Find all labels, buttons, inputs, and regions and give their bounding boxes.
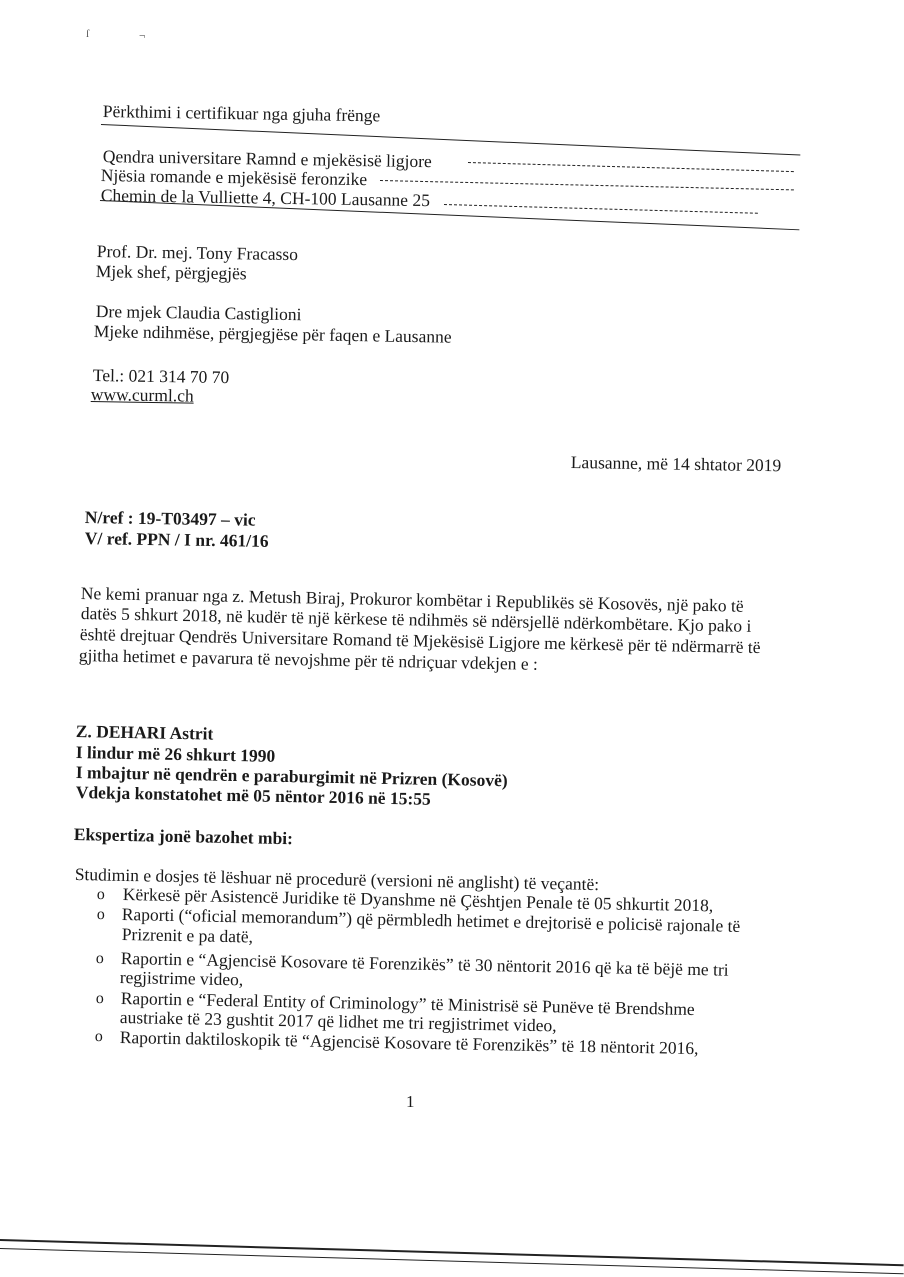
our-reference: N/ref : 19-T03497 – vic [85, 507, 256, 530]
list-item-continuation: regjistrime video, [120, 967, 244, 989]
bullet-icon: o [97, 886, 105, 904]
fill-dashes [468, 162, 794, 172]
list-item: Raportin daktiloskopik të “Agjencisë Kos… [120, 1027, 699, 1058]
bullet-icon: o [97, 906, 105, 924]
date-line: Lausanne, më 14 shtator 2019 [571, 452, 782, 475]
document-page: ſ ¬ Përkthimi i certifikuar nga gjuha fr… [0, 0, 904, 1277]
fill-dashes [444, 204, 758, 214]
fill-dashes [380, 180, 794, 190]
staff-role-2: Mjeke ndihmëse, përgjegjëse për faqen e … [94, 321, 452, 347]
expertise-heading: Ekspertiza jonë bazohet mbi: [74, 824, 294, 848]
your-reference: V/ ref. PPN / I nr. 461/16 [85, 528, 269, 551]
page-number: 1 [406, 1092, 415, 1112]
bullet-icon: o [96, 990, 104, 1008]
staff-role-1: Mjek shef, përgjegjës [96, 261, 247, 283]
subject-name: Z. DEHARI Astrit [76, 721, 214, 744]
scan-mark: ſ [86, 28, 89, 40]
list-item-continuation: Prizrenit e pa datë, [122, 924, 254, 947]
translation-note: Përkthimi i certifikuar nga gjuha frënge [103, 101, 381, 125]
bullet-icon: o [95, 1028, 103, 1046]
website-link[interactable]: www.curml.ch [91, 384, 194, 406]
scan-mark: ¬ [139, 30, 145, 42]
bullet-icon: o [96, 950, 104, 968]
